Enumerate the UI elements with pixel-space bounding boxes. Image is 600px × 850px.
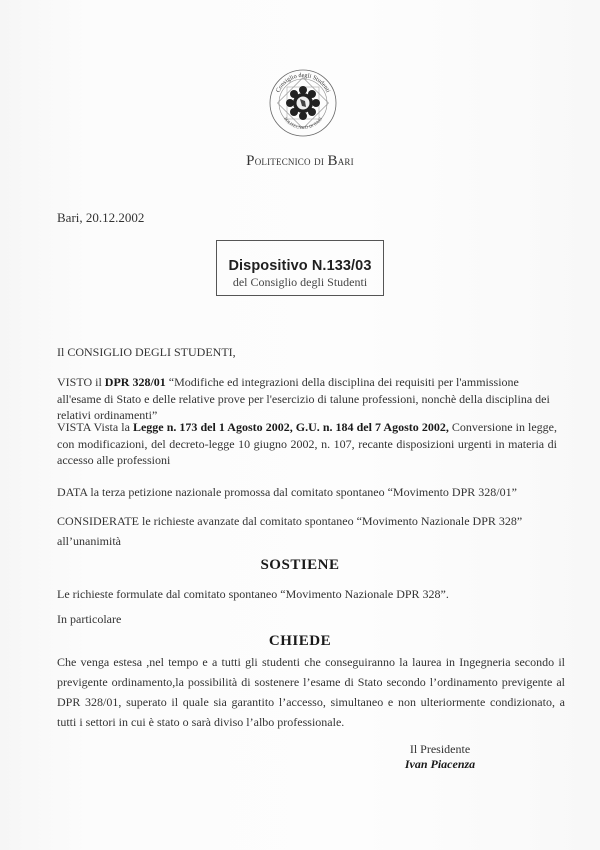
- chiede-text: Che venga estesa ,nel tempo e a tutti gl…: [57, 652, 565, 732]
- data-paragraph: DATA la terza petizione nazionale promos…: [57, 484, 557, 501]
- document-title: Dispositivo N.133/03: [217, 258, 383, 274]
- sostiene-heading: SOSTIENE: [0, 557, 600, 574]
- vista-paragraph: VISTA Vista la Legge n. 173 del 1 Agosto…: [57, 419, 557, 469]
- institution-name: Politecnico di Bari: [0, 153, 600, 170]
- sostiene-text: Le richieste formulate dal comitato spon…: [57, 586, 557, 603]
- visto-paragraph: VISTO il DPR 328/01 “Modifiche ed integr…: [57, 374, 557, 424]
- unanimity-line: all’unanimità: [57, 533, 557, 550]
- opening-line: Il CONSIGLIO DEGLI STUDENTI,: [57, 344, 557, 361]
- in-particolare-line: In particolare: [57, 611, 557, 628]
- document-page: Consiglio degli Studenti POLITECNICO DI …: [0, 0, 600, 850]
- title-box: Dispositivo N.133/03 del Consiglio degli…: [216, 240, 384, 296]
- document-subtitle: del Consiglio degli Studenti: [217, 275, 383, 290]
- signature-name: Ivan Piacenza: [380, 757, 500, 772]
- chiede-heading: CHIEDE: [0, 633, 600, 650]
- considerate-paragraph: CONSIDERATE le richieste avanzate dal co…: [57, 513, 557, 530]
- council-seal-icon: Consiglio degli Studenti POLITECNICO DI …: [268, 68, 338, 138]
- document-date: Bari, 20.12.2002: [57, 210, 144, 226]
- signature-role: Il Presidente: [380, 742, 500, 757]
